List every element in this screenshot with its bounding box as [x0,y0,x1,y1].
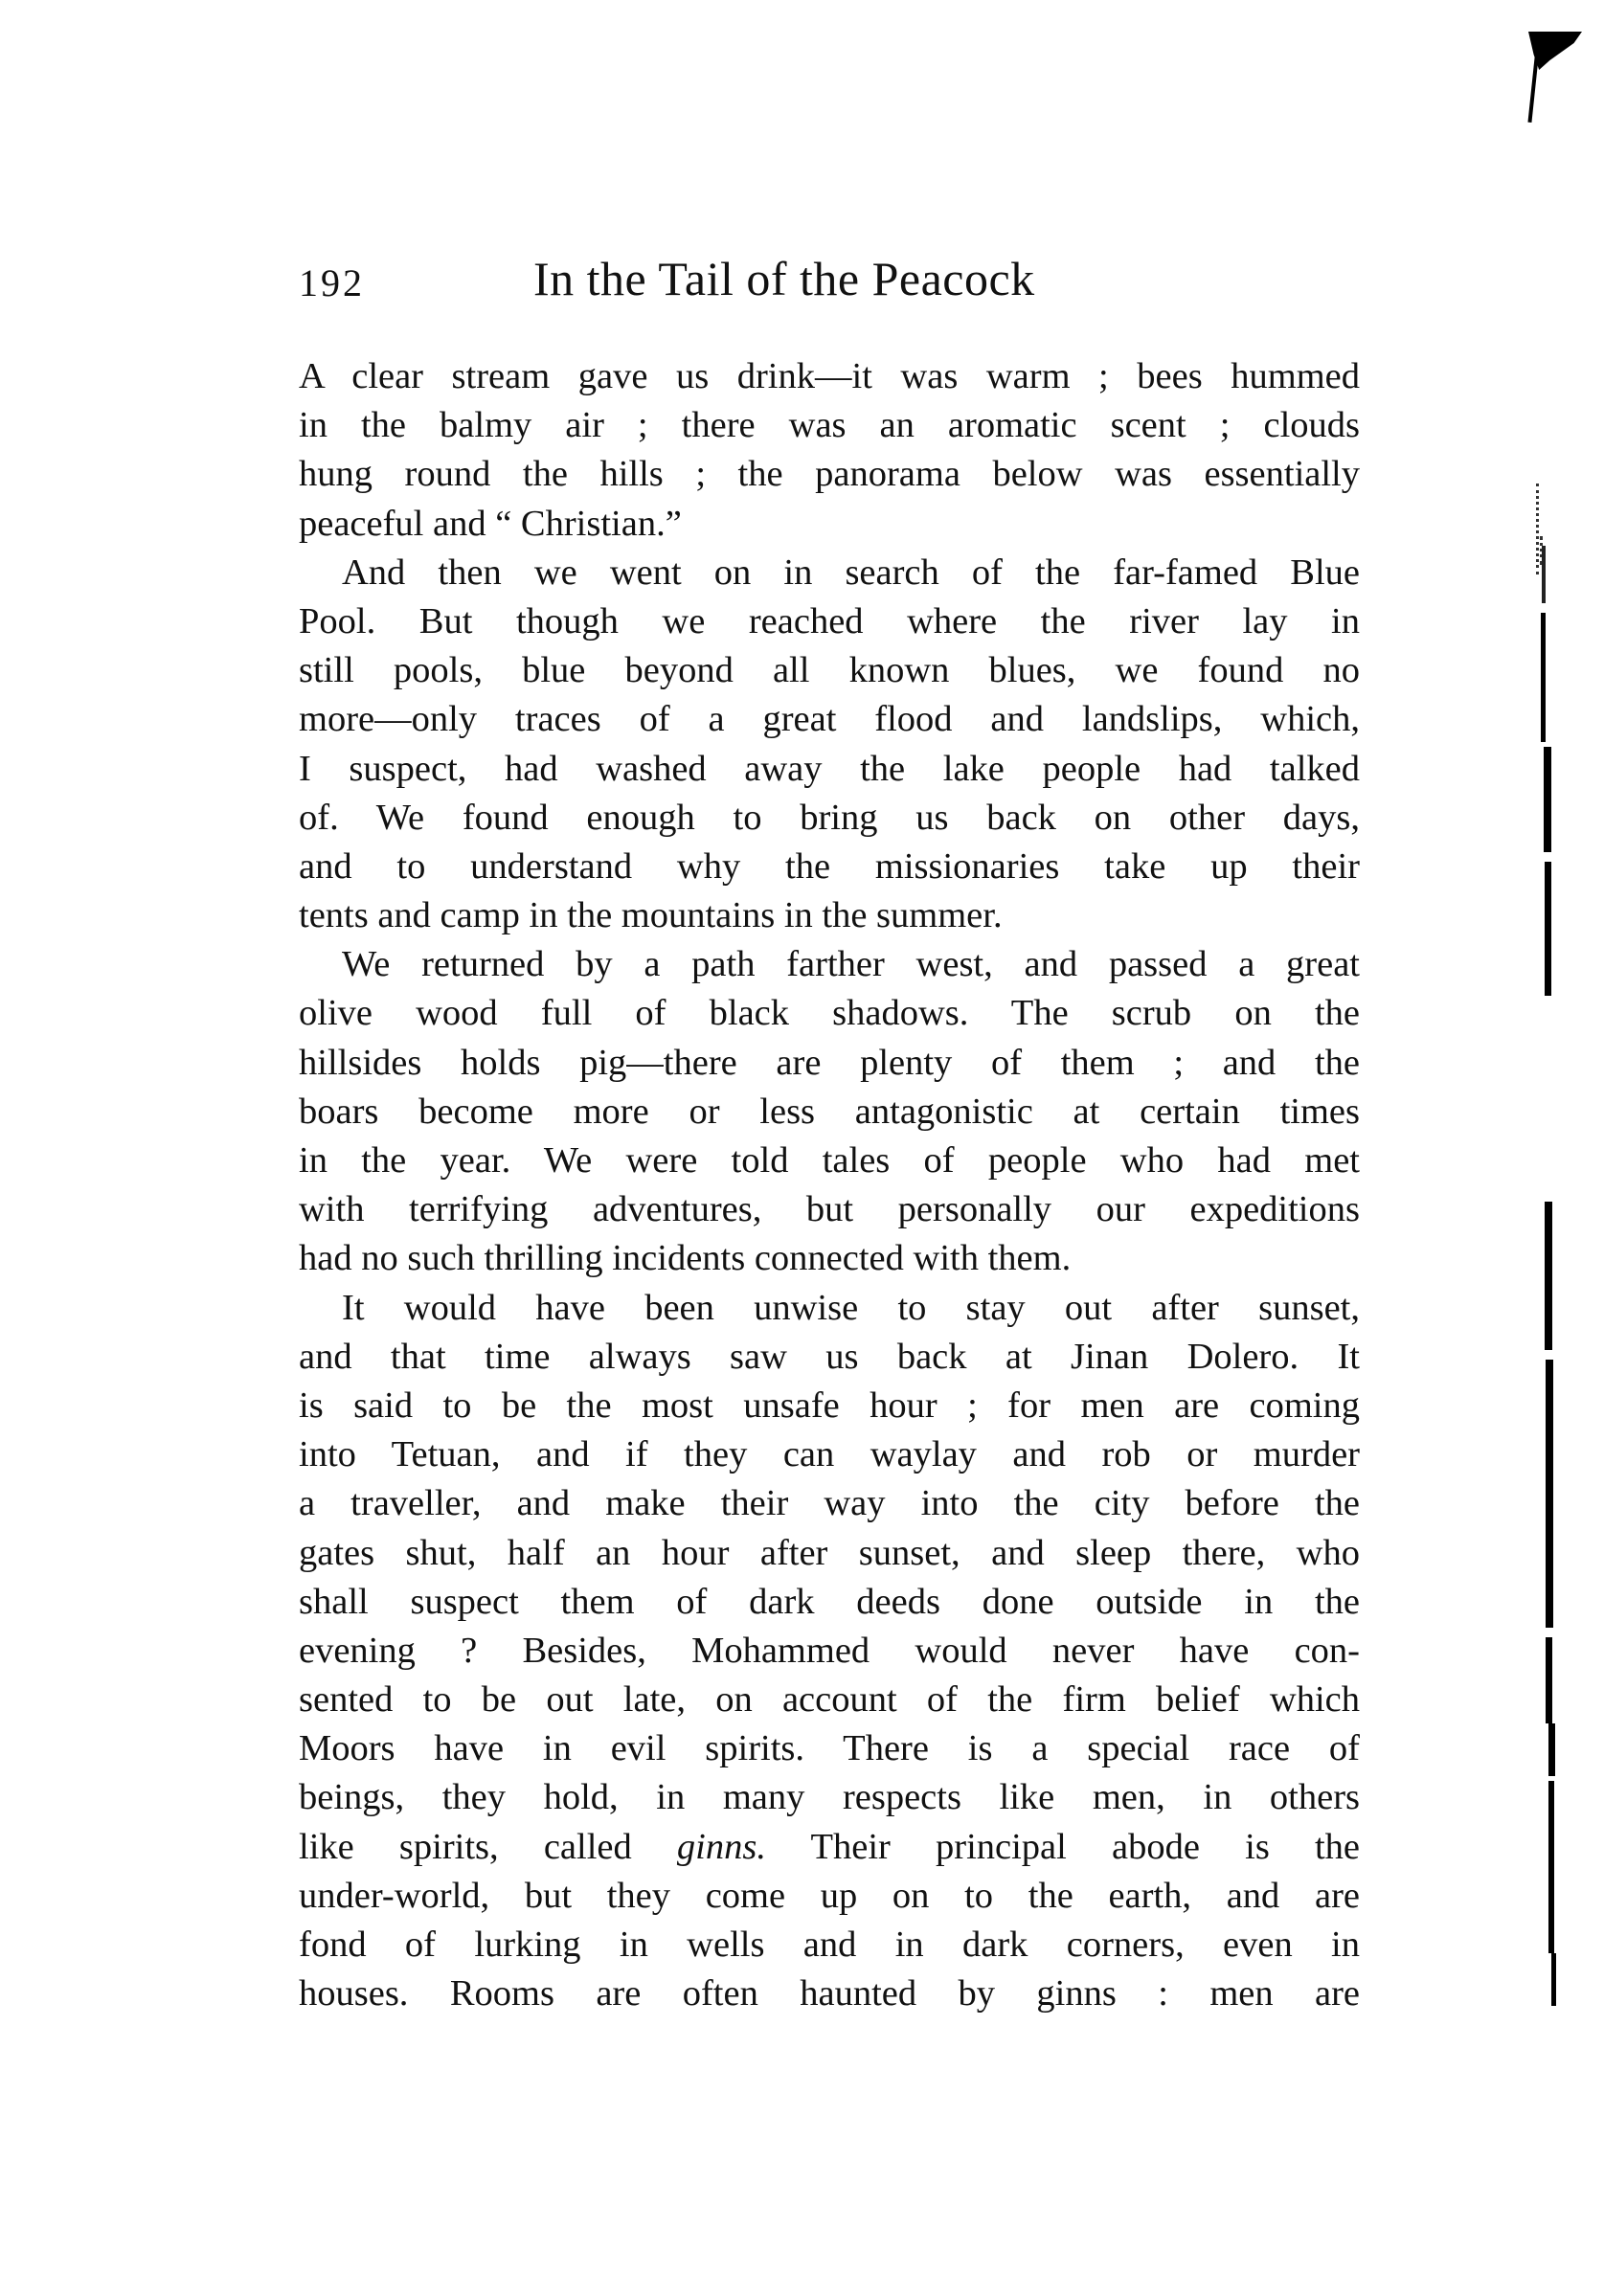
book-page: 192 In the Tail of the Peacock A clear s… [0,0,1604,2296]
text-line: Pool. But though we reached where the ri… [299,597,1360,646]
scan-artifact-margin-line [1546,1360,1553,1628]
text-line: beings, they hold, in many respects like… [299,1773,1360,1822]
page-number: 192 [299,260,365,305]
text-line: still pools, blue beyond all known blues… [299,646,1360,695]
text-line: sented to be out late, on account of the… [299,1676,1360,1724]
text-line: A clear stream gave us drink—it was warm… [299,352,1360,401]
text-line: houses. Rooms are often haunted by ginns… [299,1970,1360,2018]
text-line: tents and camp in the mountains in the s… [299,891,1360,940]
text-line: and to understand why the missionaries t… [299,843,1360,891]
text-line: peaceful and “ Christian.” [299,500,1360,549]
text-run: Their principal abode is the [766,1827,1360,1867]
text-line: in the balmy air ; there was an aromatic… [299,401,1360,450]
text-line: with terrifying adventures, but personal… [299,1185,1360,1234]
scan-artifact-margin-line [1548,1781,1554,1953]
scan-artifact-margin-line [1545,1202,1552,1350]
text-line: like spirits, called ginns. Their princi… [299,1823,1360,1872]
text-line: of. We found enough to bring us back on … [299,794,1360,843]
text-line: and that time always saw us back at Jina… [299,1333,1360,1382]
body-text: A clear stream gave us drink—it was warm… [299,352,1360,2018]
scan-artifact-margin-line [1541,613,1546,742]
text-line: Moors have in evil spirits. There is a s… [299,1724,1360,1773]
text-line: I suspect, had washed away the lake peop… [299,745,1360,794]
text-line: boars become more or less antagonistic a… [299,1088,1360,1137]
text-line: shall suspect them of dark deeds done ou… [299,1578,1360,1627]
text-line: gates shut, half an hour after sunset, a… [299,1529,1360,1578]
text-line: evening ? Besides, Mohammed would never … [299,1627,1360,1676]
text-line: hung round the hills ; the panorama belo… [299,450,1360,499]
scan-artifact-margin-line [1544,747,1551,852]
text-line: into Tetuan, and if they can waylay and … [299,1430,1360,1479]
scan-artifact-stem [1527,57,1538,123]
text-run: like spirits, called [299,1827,677,1867]
paragraph-first-line: We returned by a path farther west, and … [299,940,1360,989]
text-line: a traveller, and make their way into the… [299,1479,1360,1528]
text-line: olive wood full of black shadows. The sc… [299,989,1360,1038]
text-line: more—only traces of a great flood and la… [299,695,1360,744]
paragraph-first-line: It would have been unwise to stay out af… [299,1284,1360,1333]
paragraph-first-line: And then we went on in search of the far… [299,549,1360,597]
running-title: In the Tail of the Peacock [533,251,1035,306]
text-line: is said to be the most unsafe hour ; for… [299,1382,1360,1430]
scan-artifact-margin-line [1546,1637,1552,1723]
scan-artifact-margin-line [1551,1953,1556,2006]
text-line: fond of lurking in wells and in dark cor… [299,1921,1360,1970]
running-head: 192 In the Tail of the Peacock [299,251,1362,318]
text-line: had no such thrilling incidents connecte… [299,1234,1360,1283]
text-line: in the year. We were told tales of peopl… [299,1137,1360,1185]
text-line: under-world, but they come up on to the … [299,1872,1360,1921]
italic-term: ginns. [677,1827,766,1867]
scan-artifact-margin-line [1548,1723,1555,1776]
scan-artifact-margin-line [1545,862,1551,996]
text-line: hillsides holds pig—there are plenty of … [299,1039,1360,1088]
scan-artifact-margin-line [1542,546,1546,603]
